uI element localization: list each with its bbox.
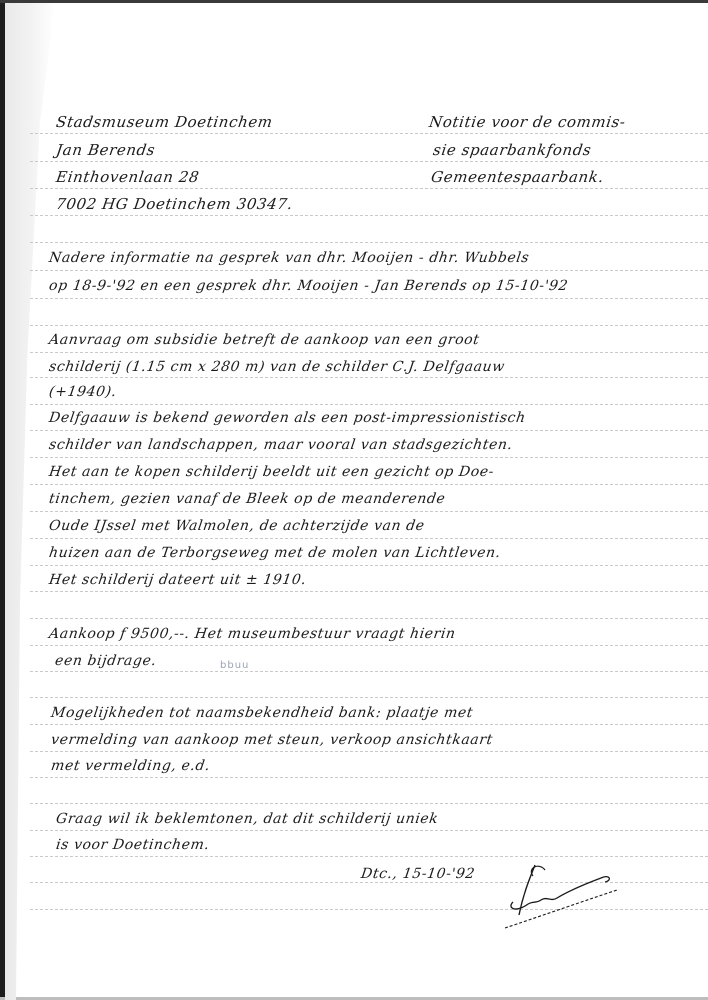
sender-line: 7002 HG Doetinchem 30347.	[55, 195, 294, 213]
body-line: Aanvraag om subsidie betreft de aankoop …	[48, 332, 481, 348]
sender-line: Einthovenlaan 28	[55, 168, 200, 186]
body-line: schilder van landschappen, maar vooral v…	[48, 437, 514, 453]
recipient-line: sie spaarbankfonds	[432, 141, 593, 159]
body-line: Graag wil ik beklemtonen, dat dit schild…	[55, 811, 439, 827]
place-date: Dtc., 15-10-'92	[360, 866, 476, 882]
body-line: Mogelijkheden tot naamsbekendheid bank: …	[50, 705, 474, 721]
page-fold-shadow	[5, 3, 55, 1000]
signature-mark	[505, 860, 645, 930]
sender-line: Jan Berends	[55, 141, 156, 159]
body-line: met vermelding, e.d.	[50, 758, 211, 774]
body-line: Het aan te kopen schilderij beeldt uit e…	[48, 464, 495, 480]
body-line: vermelding van aankoop met steun, verkoo…	[50, 732, 494, 748]
recipient-line: Notitie voor de commis-	[428, 113, 627, 131]
body-line: huizen aan de Terborgseweg met de molen …	[48, 545, 502, 561]
scan-border-top	[0, 0, 708, 3]
body-line: Het schilderij dateert uit ± 1910.	[48, 572, 308, 588]
body-line: een bijdrage.	[54, 653, 158, 669]
body-line: schilderij (1.15 cm x 280 m) van de schi…	[48, 359, 506, 375]
body-line: Delfgaauw is bekend geworden als een pos…	[48, 410, 527, 426]
body-line: Aankoop f 9500,--. Het museumbestuur vra…	[48, 626, 457, 642]
scan-border-left	[0, 0, 5, 1000]
recipient-line: Gemeentespaarbank.	[430, 168, 605, 186]
sender-line: Stadsmuseum Doetinchem	[55, 113, 274, 131]
body-line: tinchem, gezien vanaf de Bleek op de mea…	[48, 491, 447, 507]
body-line: (+1940).	[48, 384, 118, 400]
body-line: Oude IJssel met Walmolen, de achterzijde…	[48, 518, 426, 534]
body-line: op 18-9-'92 en een gesprek dhr. Mooijen …	[48, 278, 569, 294]
scanned-letter: Stadsmuseum Doetinchem Jan Berends Einth…	[0, 0, 708, 1000]
body-line: is voor Doetinchem.	[55, 837, 211, 853]
pencil-annotation: bbuu	[220, 660, 249, 671]
body-line: Nadere informatie na gesprek van dhr. Mo…	[48, 250, 530, 266]
